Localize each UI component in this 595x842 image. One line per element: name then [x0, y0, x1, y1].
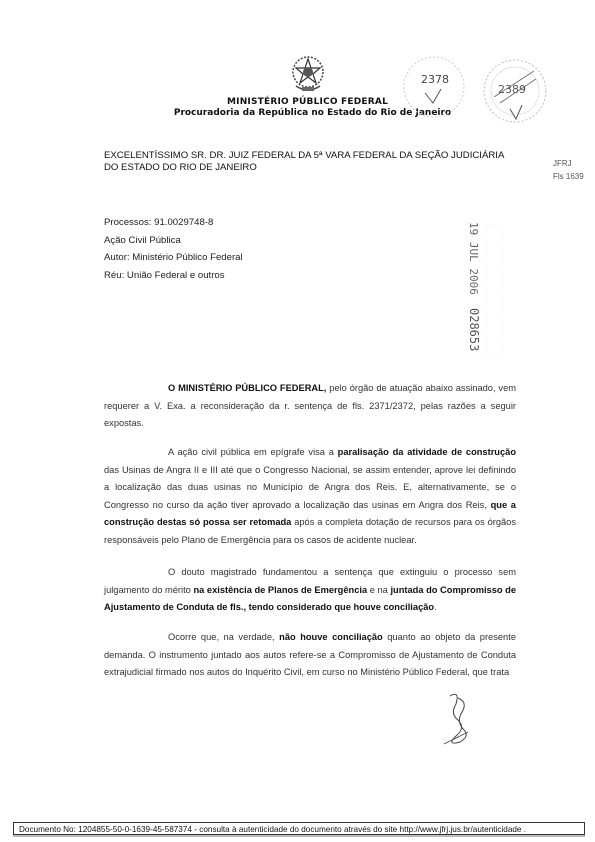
receipt-stamp: 19 JUL 2006 028653 [462, 220, 522, 365]
action-type: Ação Civil Pública [104, 232, 243, 250]
page-number-stamp-1: 2378 [403, 53, 465, 123]
case-info: Processos: 91.0029748-8 Ação Civil Públi… [104, 214, 243, 284]
paragraph-3: O douto magistrado fundamentou a sentenç… [104, 564, 516, 617]
initials-signature [438, 692, 482, 752]
defendant: Réu: União Federal e outros [104, 267, 243, 285]
process-number: Processos: 91.0029748-8 [104, 214, 243, 232]
addressee: EXCELENTÍSSIMO SR. DR. JUIZ FEDERAL DA 5… [104, 150, 564, 174]
page-number-stamp-2: 2389 [482, 55, 548, 127]
paragraph-2: A ação civil pública em epígrafe visa a … [104, 444, 516, 550]
paragraph-1: O MINISTÉRIO PÚBLICO FEDERAL, pelo órgão… [104, 380, 516, 433]
author: Autor: Ministério Público Federal [104, 249, 243, 267]
svg-text:2378: 2378 [421, 73, 449, 86]
coat-of-arms-icon [288, 52, 328, 96]
authenticity-footer: Documento No: 1204855-50-0-1639-45-58737… [13, 822, 585, 835]
svg-text:19 JUL 2006: 19 JUL 2006 [467, 222, 480, 295]
paragraph-4: Ocorre que, na verdade, não houve concil… [104, 629, 516, 682]
svg-text:028653: 028653 [467, 308, 481, 351]
